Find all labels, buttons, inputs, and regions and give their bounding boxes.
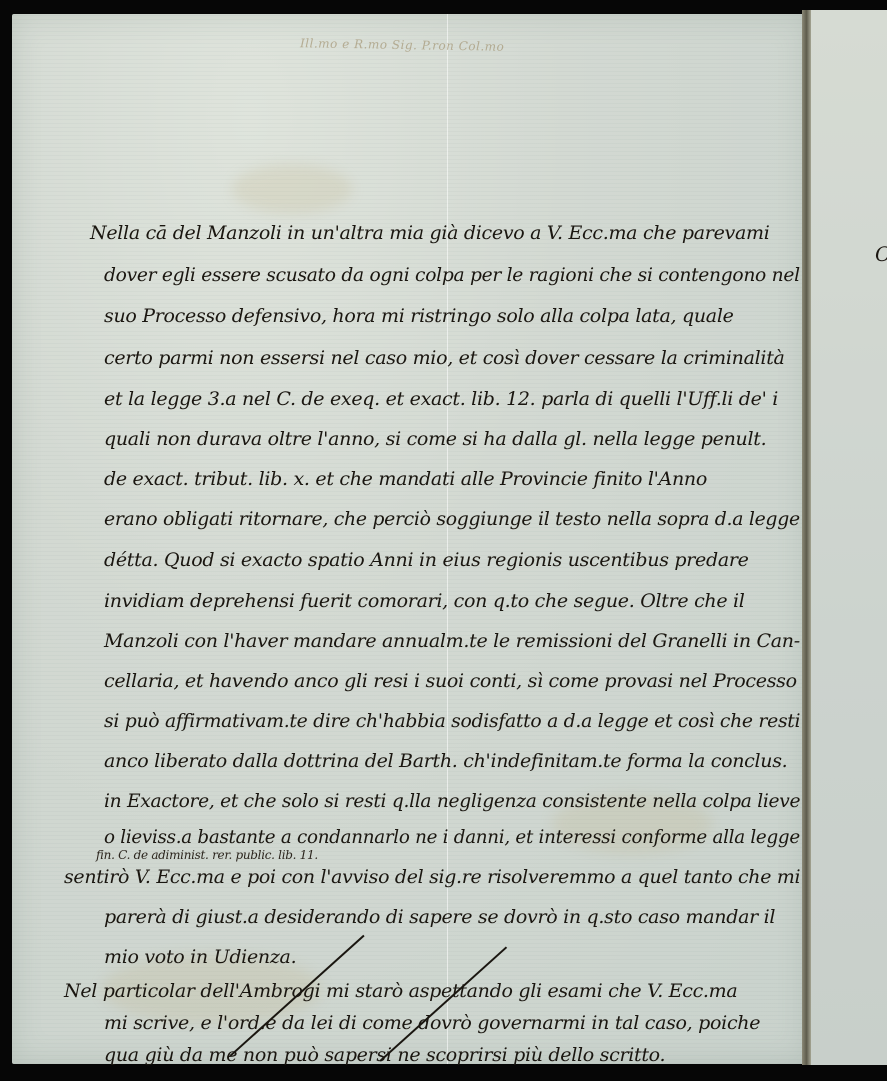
manuscript-line: Nella cā del Manzoli in un'altra mia già…: [90, 222, 769, 244]
document-scan: O Ill.mo e R.mo Sig. P.ron Col.mo Nella …: [0, 0, 887, 1081]
manuscript-line: erano obligati ritornare, che perciò sog…: [104, 508, 800, 530]
manuscript-line: in Exactore, et che solo si resti q.lla …: [104, 790, 800, 812]
manuscript-line: mio voto in Udienza.: [104, 946, 296, 968]
manuscript-line: parerà di giust.a desiderando di sapere …: [104, 906, 775, 928]
manuscript-line: anco liberato dalla dottrina del Barth. …: [104, 750, 787, 772]
manuscript-line: certo parmi non essersi nel caso mio, et…: [104, 347, 785, 369]
manuscript-line: Manzoli con l'haver mandare annualm.te l…: [104, 630, 800, 652]
manuscript-line: dover egli essere scusato da ogni colpa …: [104, 264, 800, 286]
manuscript-line: Nel particolar dell'Ambrogi mi starò asp…: [64, 980, 737, 1002]
interlinear-note: fin. C. de adiminist. rer. public. lib. …: [96, 848, 318, 862]
manuscript-line: détta. Quod si exacto spatio Anni in eiu…: [104, 549, 749, 571]
manuscript-line: et la legge 3.a nel C. de exeq. et exact…: [104, 388, 778, 410]
manuscript-text: Nella cā del Manzoli in un'altra mia già…: [0, 0, 887, 1081]
manuscript-line: si può affirmativam.te dire ch'habbia so…: [104, 710, 800, 732]
manuscript-line: invidiam deprehensi fuerit comorari, con…: [104, 590, 745, 612]
manuscript-line: sentirò V. Ecc.ma e poi con l'avviso del…: [64, 866, 800, 888]
manuscript-line: quali non durava oltre l'anno, si come s…: [104, 428, 766, 450]
manuscript-line: de exact. tribut. lib. x. et che mandati…: [104, 468, 707, 490]
manuscript-line: o lieviss.a bastante a condannarlo ne i …: [104, 826, 800, 848]
manuscript-line: suo Processo defensivo, hora mi ristring…: [104, 305, 734, 327]
manuscript-line: mi scrive, e l'ord.e da lei di come dovr…: [104, 1012, 760, 1034]
manuscript-line: cellaria, et havendo anco gli resi i suo…: [104, 670, 797, 692]
